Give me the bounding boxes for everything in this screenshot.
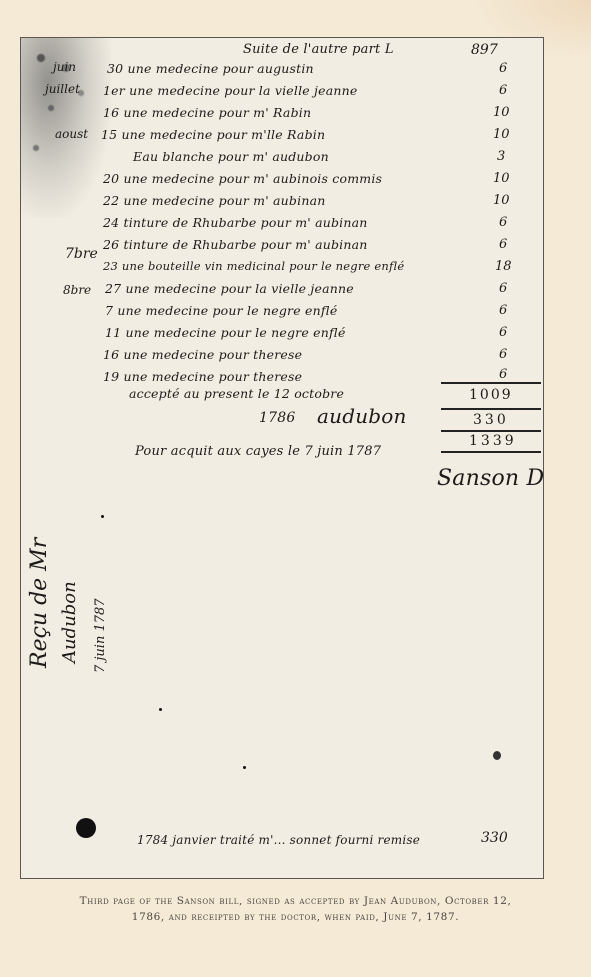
- entry-row: 22 une medecine pour m' aubinan: [103, 193, 326, 208]
- manuscript-bill: Suite de l'autre part L 897 juin juillet…: [20, 37, 544, 879]
- entry-row: 26 tinture de Rhubarbe pour m' aubinan: [103, 237, 368, 252]
- entry-row: 1er une medecine pour la vielle jeanne: [103, 83, 357, 98]
- entry-row: 19 une medecine pour therese: [103, 369, 302, 384]
- footer-note: 1784 janvier traité m'... sonnet fourni …: [137, 833, 420, 847]
- margin-label-juin: juin: [53, 60, 76, 74]
- total-amount: 1339: [469, 433, 517, 449]
- entry-amount: 18: [495, 259, 512, 274]
- acceptance-year: 1786: [259, 410, 295, 426]
- bill-header: Suite de l'autre part L: [243, 42, 394, 57]
- entry-amount: 6: [499, 325, 507, 340]
- ink-blot: [76, 818, 96, 838]
- audubon-signature: audubon: [317, 404, 407, 428]
- entry-amount: 6: [499, 215, 507, 230]
- margin-label-septembre: 7bre: [65, 246, 98, 262]
- caption-line-1: Third page of the Sanson bill, signed as…: [0, 893, 591, 909]
- ink-speck: [101, 515, 104, 518]
- figure-caption: Third page of the Sanson bill, signed as…: [0, 893, 591, 925]
- vertical-receipt-note: Reçu de Mr: [27, 538, 52, 668]
- entry-amount: 6: [499, 303, 507, 318]
- additional-amount: 330: [473, 412, 509, 428]
- footer-amount: 330: [481, 830, 508, 846]
- entry-amount: 6: [499, 237, 507, 252]
- caption-line-2: 1786, and receipted by the doctor, when …: [0, 909, 591, 925]
- additional-rule: [441, 430, 541, 432]
- entry-row: 7 une medecine pour le negre enflé: [105, 303, 337, 318]
- entry-row: Eau blanche pour m' audubon: [133, 149, 329, 164]
- margin-label-juillet: juillet: [45, 82, 80, 96]
- entry-amount: 10: [493, 193, 510, 208]
- entry-amount: 10: [493, 127, 510, 142]
- entry-amount: 6: [499, 83, 507, 98]
- ink-speck: [243, 766, 246, 769]
- entry-amount: 6: [499, 281, 507, 296]
- entry-amount: 6: [499, 61, 507, 76]
- total-bottom-rule: [441, 451, 541, 453]
- vertical-audubon-name: Audubon: [59, 581, 80, 663]
- margin-label-aout: aoust: [55, 127, 88, 141]
- entry-row: 23 une bouteille vin medicinal pour le n…: [103, 259, 404, 273]
- entry-row: 30 une medecine pour augustin: [107, 61, 314, 76]
- sanson-signature: Sanson D.: [437, 466, 544, 491]
- entry-row: 20 une medecine pour m' aubinois commis: [103, 171, 382, 186]
- entry-row: 16 une medecine pour therese: [103, 347, 302, 362]
- receipt-line: Pour acquit aux cayes le 7 juin 1787: [135, 444, 381, 459]
- entry-row: 16 une medecine pour m' Rabin: [103, 105, 311, 120]
- ink-speck: [493, 751, 501, 760]
- subtotal-amount: 1009: [469, 387, 513, 403]
- vertical-date-note: 7 juin 1787: [93, 598, 108, 673]
- entry-row: 24 tinture de Rhubarbe pour m' aubinan: [103, 215, 368, 230]
- acceptance-line: accepté au present le 12 octobre: [129, 386, 344, 401]
- entry-amount: 6: [499, 347, 507, 362]
- entry-row: 11 une medecine pour le negre enflé: [105, 325, 346, 340]
- entry-amount: 10: [493, 171, 510, 186]
- entry-amount: 3: [497, 149, 505, 164]
- entry-amount: 6: [499, 367, 507, 382]
- carried-forward-amount: 897: [471, 42, 498, 58]
- subtotal-rule: [441, 408, 541, 410]
- entry-row: 27 une medecine pour la vielle jeanne: [105, 281, 354, 296]
- entry-amount: 10: [493, 105, 510, 120]
- total-rule: [441, 382, 541, 384]
- ink-speck: [159, 708, 162, 711]
- entry-row: 15 une medecine pour m'lle Rabin: [101, 127, 325, 142]
- margin-label-octobre: 8bre: [63, 283, 91, 297]
